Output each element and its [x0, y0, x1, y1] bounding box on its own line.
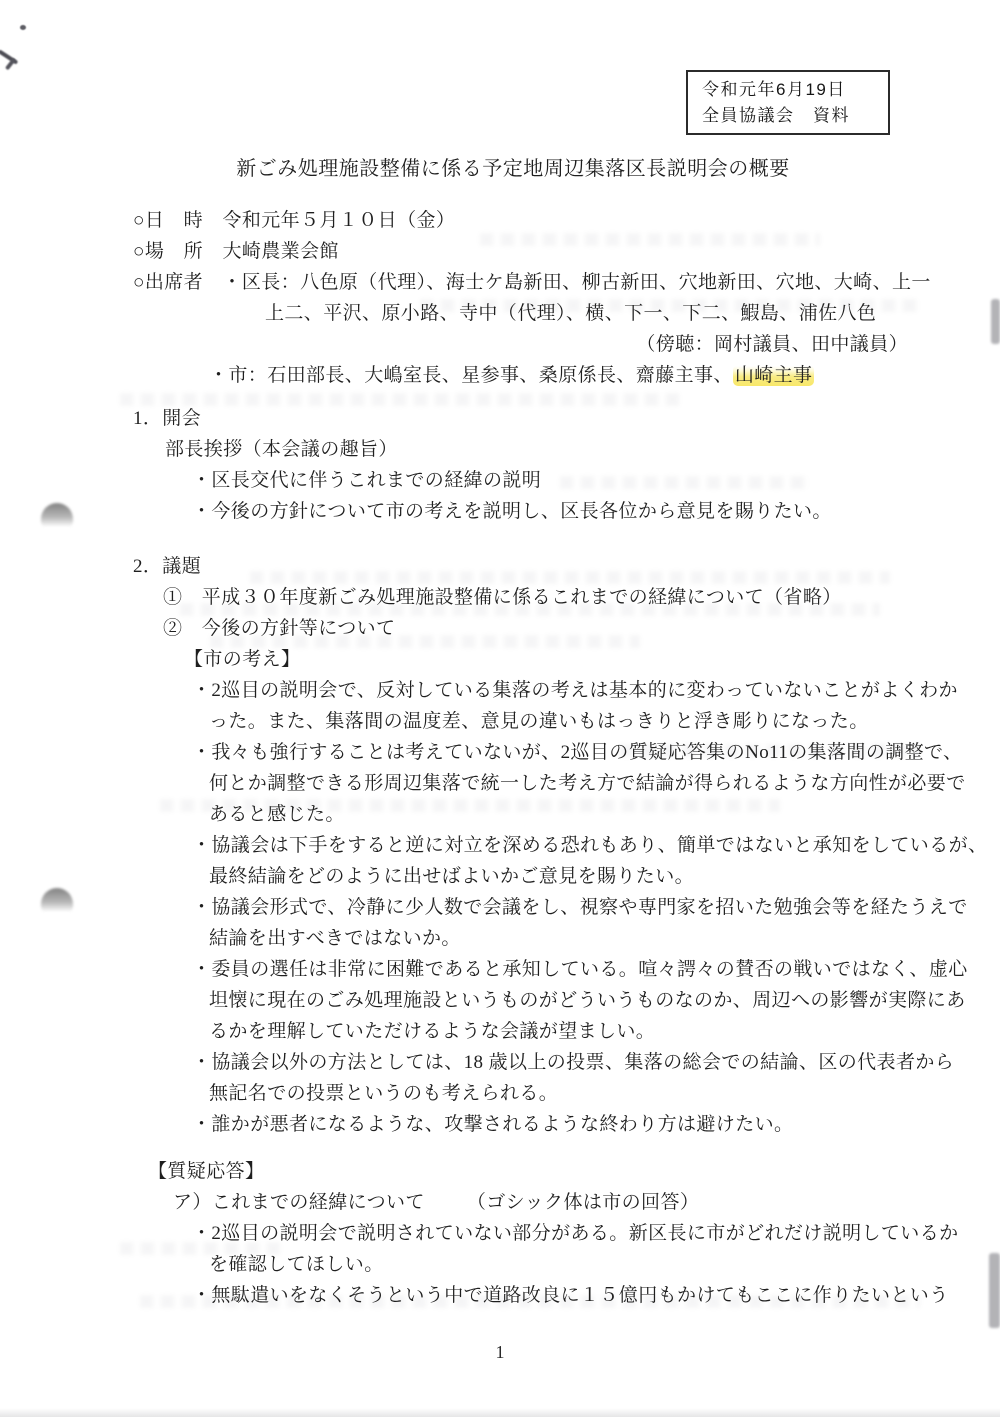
city-view-label: 【市の考え】: [0, 644, 1000, 675]
qa-topic-line: ア）これまでの経緯について（ゴシック体は市の回答）: [0, 1187, 1000, 1218]
ink-dot-artifact: [20, 25, 26, 30]
city-view-line: ・委員の選任は非常に困難であると承知している。喧々諤々の賛否の戦いではなく、虚心: [0, 954, 1000, 985]
stamp-date: 令和元年6月19日: [702, 77, 880, 103]
qa-line: を確認してほしい。: [0, 1249, 1000, 1280]
section-agenda-heading: 2．議題: [0, 551, 1000, 582]
city-view-line: ・協議会は下手をすると逆に対立を深める恐れもあり、簡単ではないと承知をしているが…: [0, 830, 1000, 861]
meta-attendees-line: ○出席者 ・区長：八色原（代理）、海士ケ島新田、柳古新田、穴地新田、穴地、大崎、…: [0, 267, 1000, 298]
scan-edge-artifact: [0, 1408, 1000, 1417]
qa-topic: ア）これまでの経緯について: [173, 1192, 425, 1213]
meta-datetime-line: ○日 時 令和元年５月１０日（金）: [0, 205, 1000, 236]
stamp-label: 全員協議会 資料: [702, 103, 880, 129]
page-footer-number: 1: [0, 1342, 1000, 1363]
qa-label: 【質疑応答】: [0, 1156, 1000, 1187]
qa-line: ・2巡目の説明会で説明されていない部分がある。新区長に市がどれだけ説明しているか: [0, 1218, 1000, 1249]
city-view-line: ・誰かが悪者になるような、攻撃されるような終わり方は避けたい。: [0, 1109, 1000, 1140]
opening-bullet: ・区長交代に伴うこれまでの経緯の説明: [0, 465, 1000, 496]
highlighted-name: 山崎主事: [733, 365, 815, 386]
city-view-line: ・2巡目の説明会で、反対している集落の考えは基本的に変わっていないことがよくわか: [0, 675, 1000, 706]
agenda-item: ① 平成３０年度新ごみ処理施設整備に係るこれまでの経緯について（省略）: [0, 582, 1000, 613]
city-view-line: ・協議会形式で、冷静に少人数で会議をし、視察や専門家を招いた勉強会等を経たうえで: [0, 892, 1000, 923]
city-view-line: 最終結論をどのように出せばよいかご意見を賜りたい。: [0, 861, 1000, 892]
stamp-box: 令和元年6月19日 全員協議会 資料: [686, 70, 890, 135]
city-view-line: 無記名での投票というのも考えられる。: [0, 1078, 1000, 1109]
document-body: ○日 時 令和元年５月１０日（金） ○場 所 大崎農業会館 ○出席者 ・区長：八…: [0, 205, 1000, 1311]
scanned-document-page: 令和元年6月19日 全員協議会 資料 新ごみ処理施設整備に係る予定地周辺集落区長…: [0, 0, 1000, 1417]
city-view-line: ・我々も強行することは考えていないが、2巡目の質疑応答集のNo11の集落間の調整…: [0, 737, 1000, 768]
city-view-line: あると感じた。: [0, 799, 1000, 830]
agenda-item: ② 今後の方針等について: [0, 613, 1000, 644]
opening-greeting-line: 部長挨拶（本会議の趣旨）: [0, 434, 1000, 465]
meta-attendees-line: 上二、平沢、原小路、寺中（代理）、横、下一、下二、鰕島、浦佐八色: [0, 298, 1000, 329]
section-opening-heading: 1．開会: [0, 403, 1000, 434]
document-title: 新ごみ処理施設整備に係る予定地周辺集落区長説明会の概要: [0, 152, 1000, 181]
meta-observers-line: （傍聴：岡村議員、田中議員）: [0, 329, 1000, 360]
meta-place-line: ○場 所 大崎農業会館: [0, 236, 1000, 267]
city-view-line: 坦懐に現在のごみ処理施設というものがどういうものなのか、周辺への影響が実際にあ: [0, 985, 1000, 1016]
city-view-line: った。また、集落間の温度差、意見の違いもはっきりと浮き彫りになった。: [0, 706, 1000, 737]
qa-line: ・無駄遣いをなくそうという中で道路改良に１５億円もかけてもここに作りたいという: [0, 1280, 1000, 1311]
city-view-line: ・協議会以外の方法としては、18 歳以上の投票、集落の総会での結論、区の代表者か…: [0, 1047, 1000, 1078]
city-view-line: 結論を出すべきではないか。: [0, 923, 1000, 954]
opening-bullet: ・今後の方針について市の考えを説明し、区長各位から意見を賜りたい。: [0, 496, 1000, 527]
city-members-text: ・市：石田部長、大嶋室長、星参事、桑原係長、齋藤主事、: [209, 365, 733, 386]
meta-city-members-line: ・市：石田部長、大嶋室長、星参事、桑原係長、齋藤主事、山崎主事: [0, 360, 1000, 391]
qa-topic-note: （ゴシック体は市の回答）: [467, 1187, 699, 1218]
city-view-line: 何とか調整できる形周辺集落で統一した考え方で結論が得られるような方向性が必要で: [0, 768, 1000, 799]
city-view-line: るかを理解していただけるような会議が望ましい。: [0, 1016, 1000, 1047]
